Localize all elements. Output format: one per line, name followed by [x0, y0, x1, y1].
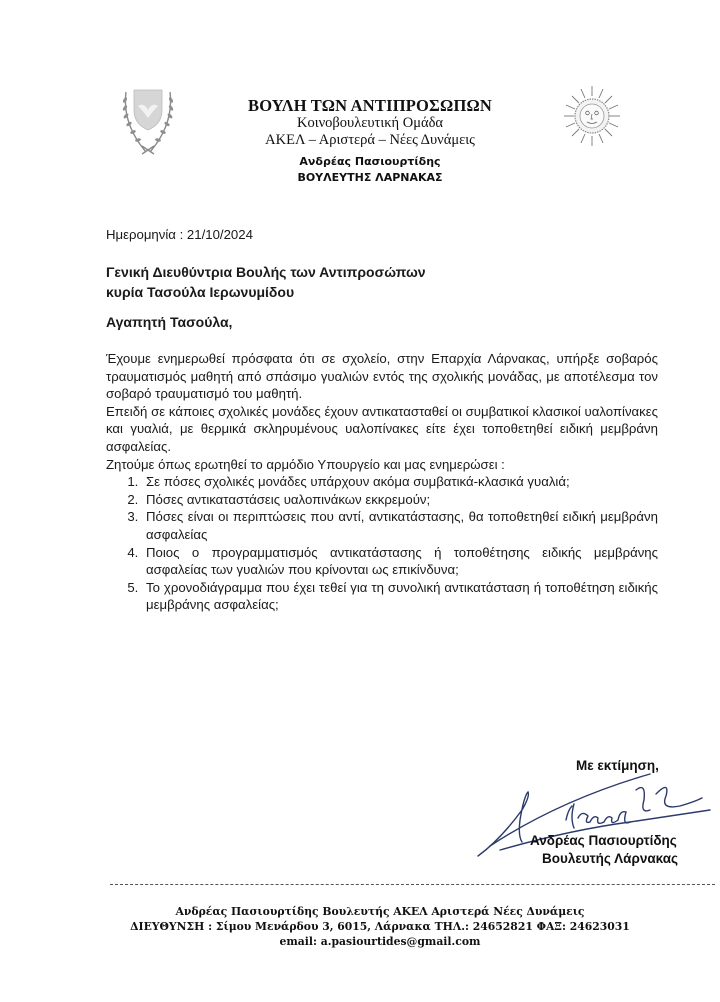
body-paragraph: Επειδή σε κάποιες σχολικές μονάδες έχουν… [106, 403, 658, 456]
questions-list: Σε πόσες σχολικές μονάδες υπάρχουν ακόμα… [106, 473, 658, 614]
cyprus-coat-of-arms-icon [116, 84, 180, 166]
letter-page: ΒΟΥΛΗ ΤΩΝ ΑΝΤΙΠΡΟΣΩΠΩΝ Κοινοβουλευτική Ο… [0, 0, 720, 1002]
signatory-role: Βουλευτής Λάρνακας [542, 851, 678, 866]
footer-address: ΔΙΕΥΘΥΝΣΗ : Σίμου Μενάρδου 3, 6015, Λάρν… [100, 920, 660, 933]
recipient-title: Γενική Διευθύντρια Βουλής των Αντιπροσώπ… [106, 262, 426, 282]
signatory-name: Ανδρέας Πασιουρτίδης [530, 833, 677, 848]
question-item: Το χρονοδιάγραμμα που έχει τεθεί για τη … [142, 579, 658, 614]
question-item: Πόσες είναι οι περιπτώσεις που αντί, αντ… [142, 508, 658, 543]
recipient-block: Γενική Διευθύντρια Βουλής των Αντιπροσώπ… [106, 262, 426, 302]
parliamentary-group: Κοινοβουλευτική Ομάδα [200, 115, 540, 132]
request-intro: Ζητούμε όπως ερωτηθεί το αρμόδιο Υπουργε… [106, 456, 658, 474]
footer-divider [110, 884, 715, 885]
recipient-name: κυρία Τασούλα Ιερωνυμίδου [106, 282, 426, 302]
party-name: ΑΚΕΛ – Αριστερά – Νέες Δυνάμεις [200, 132, 540, 149]
body-paragraph: Έχουμε ενημερωθεί πρόσφατα ότι σε σχολεί… [106, 350, 658, 403]
footer-email: email: a.pasiourtides@gmail.com [100, 935, 660, 948]
question-item: Σε πόσες σχολικές μονάδες υπάρχουν ακόμα… [142, 473, 658, 491]
sun-emblem-icon [562, 84, 622, 148]
letter-body: Έχουμε ενημερωθεί πρόσφατα ότι σε σχολεί… [106, 350, 658, 614]
question-item: Πόσες αντικαταστάσεις υαλοπινάκων εκκρεμ… [142, 491, 658, 509]
letter-date: Ημερομηνία : 21/10/2024 [106, 226, 253, 244]
question-item: Ποιος ο προγραμματισμός αντικατάστασης ή… [142, 544, 658, 579]
mp-role: ΒΟΥΛΕΥΤΗΣ ΛΑΡΝΑΚΑΣ [200, 171, 540, 184]
mp-name: Ανδρέας Πασιουρτίδης [200, 155, 540, 168]
greeting: Αγαπητή Τασούλα, [106, 314, 232, 332]
footer-sender: Ανδρέας Πασιουρτίδης Βουλευτής ΑΚΕΛ Αρισ… [100, 905, 660, 918]
parliament-title: ΒΟΥΛΗ ΤΩΝ ΑΝΤΙΠΡΟΣΩΠΩΝ [200, 96, 540, 116]
